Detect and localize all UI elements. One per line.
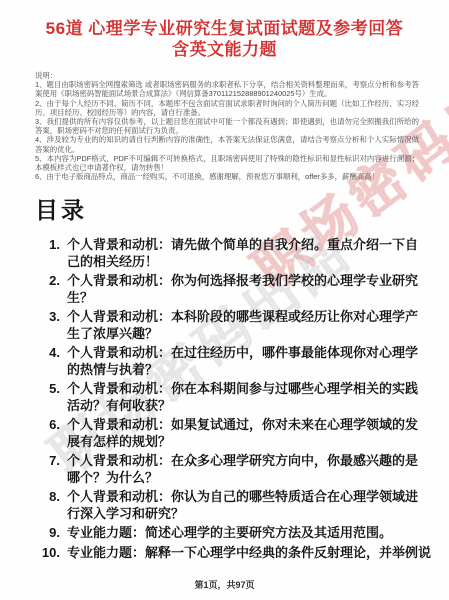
- document-page: 职场密码出品 职场密码出品 56道 心理学专业研究生复试面试题及参考回答 含英文…: [0, 0, 449, 600]
- page-content: 56道 心理学专业研究生复试面试题及参考回答 含英文能力题 说明： 1、题目由职…: [0, 18, 449, 561]
- toc-item-text: 个人背景和动机：你认为自己的哪些特质适合在心理学领域进行深入学习和研究？: [67, 489, 425, 522]
- notes-list: 1、题目由职场密码全网搜索筛选 或者职场密码服务的求职者私下分享，结合相关资料整…: [35, 80, 419, 181]
- toc-item-number: 5.: [36, 381, 60, 414]
- toc-item: 1. 个人背景和动机：请先做个简单的自我介绍。重点介绍一下自己的相关经历！: [36, 237, 425, 270]
- toc-item: 8. 个人背景和动机：你认为自己的哪些特质适合在心理学领域进行深入学习和研究？: [36, 489, 425, 522]
- note-line: 3、我们提供的所有内容仅供参考，以上题目您在面试中可能一个都没有遇到；即使遇到，…: [35, 117, 419, 135]
- note-line: 5、本内容为PDF格式，PDF不可编辑不可转换格式，且职场密码使用了特殊的隐性标…: [35, 154, 419, 172]
- toc-heading: 目录: [35, 197, 449, 224]
- toc-list: 1. 个人背景和动机：请先做个简单的自我介绍。重点介绍一下自己的相关经历！ 2.…: [36, 237, 425, 561]
- toc-item-number: 6.: [36, 417, 60, 450]
- note-line: 1、题目由职场密码全网搜索筛选 或者职场密码服务的求职者私下分享，结合相关资料整…: [35, 80, 419, 98]
- toc-item: 10. 专业能力题：解释一下心理学中经典的条件反射理论，并举例说: [36, 545, 425, 562]
- toc-item-text: 个人背景和动机：在众多心理学研究方向中，你最感兴趣的是哪个？为什么？: [67, 453, 425, 486]
- toc-item-number: 9.: [36, 525, 60, 542]
- toc-item-text: 个人背景和动机：如果复试通过，你对未来在心理学领域的发展有怎样的规划？: [67, 417, 425, 450]
- toc-item: 4. 个人背景和动机：在过往经历中，哪件事最能体现你对心理学的热情与执着？: [36, 345, 425, 378]
- note-line: 6、由于电子版商品特点，商品一经购买，不可退换，感谢理解，预祝您万事顺利，off…: [35, 172, 419, 181]
- page-number-footer: 第1页，共97页: [0, 578, 449, 591]
- toc-item-number: 4.: [36, 345, 60, 378]
- toc-item: 6. 个人背景和动机：如果复试通过，你对未来在心理学领域的发展有怎样的规划？: [36, 417, 425, 450]
- toc-item: 7. 个人背景和动机：在众多心理学研究方向中，你最感兴趣的是哪个？为什么？: [36, 453, 425, 486]
- toc-item-number: 2.: [36, 273, 60, 306]
- note-line: 2、由于每个人经历不同、简历不同，本题库不包含面试官面试求职者时询问的个人简历问…: [35, 99, 419, 117]
- toc-item-text: 个人背景和动机：你在本科期间参与过哪些心理学相关的实践活动？有何收获？: [67, 381, 425, 414]
- toc-item: 9. 专业能力题：简述心理学的主要研究方法及其适用范围。: [36, 525, 425, 542]
- toc-item-text: 个人背景和动机：在过往经历中，哪件事最能体现你对心理学的热情与执着？: [67, 345, 425, 378]
- toc-item: 5. 个人背景和动机：你在本科期间参与过哪些心理学相关的实践活动？有何收获？: [36, 381, 425, 414]
- toc-item-number: 1.: [36, 237, 60, 270]
- notes-label: 说明：: [35, 71, 419, 80]
- toc-item-number: 3.: [36, 309, 60, 342]
- toc-item-number: 7.: [36, 453, 60, 486]
- toc-item-number: 8.: [36, 489, 60, 522]
- toc-item-text: 专业能力题：解释一下心理学中经典的条件反射理论，并举例说: [67, 545, 431, 562]
- notes-section: 说明： 1、题目由职场密码全网搜索筛选 或者职场密码服务的求职者私下分享，结合相…: [35, 71, 419, 181]
- toc-item-text: 个人背景和动机：请先做个简单的自我介绍。重点介绍一下自己的相关经历！: [67, 237, 425, 270]
- toc-item: 2. 个人背景和动机：你为何选择报考我们学校的心理学专业研究生？: [36, 273, 425, 306]
- toc-item-text: 专业能力题：简述心理学的主要研究方法及其适用范围。: [67, 525, 425, 542]
- note-line: 4、涉及较为专业的的知识的请自行判断内容的准确性，本答案无法保证您满意，请结合考…: [35, 135, 419, 153]
- toc-item-text: 个人背景和动机：本科阶段的哪些课程或经历让你对心理学产生了浓厚兴趣？: [67, 309, 425, 342]
- toc-item-number: 10.: [36, 545, 60, 562]
- document-title-line2: 含英文能力题: [26, 39, 423, 60]
- toc-item-text: 个人背景和动机：你为何选择报考我们学校的心理学专业研究生？: [67, 273, 425, 306]
- document-title-line1: 56道 心理学专业研究生复试面试题及参考回答: [26, 18, 423, 39]
- toc-item: 3. 个人背景和动机：本科阶段的哪些课程或经历让你对心理学产生了浓厚兴趣？: [36, 309, 425, 342]
- document-title: 56道 心理学专业研究生复试面试题及参考回答 含英文能力题: [26, 18, 423, 60]
